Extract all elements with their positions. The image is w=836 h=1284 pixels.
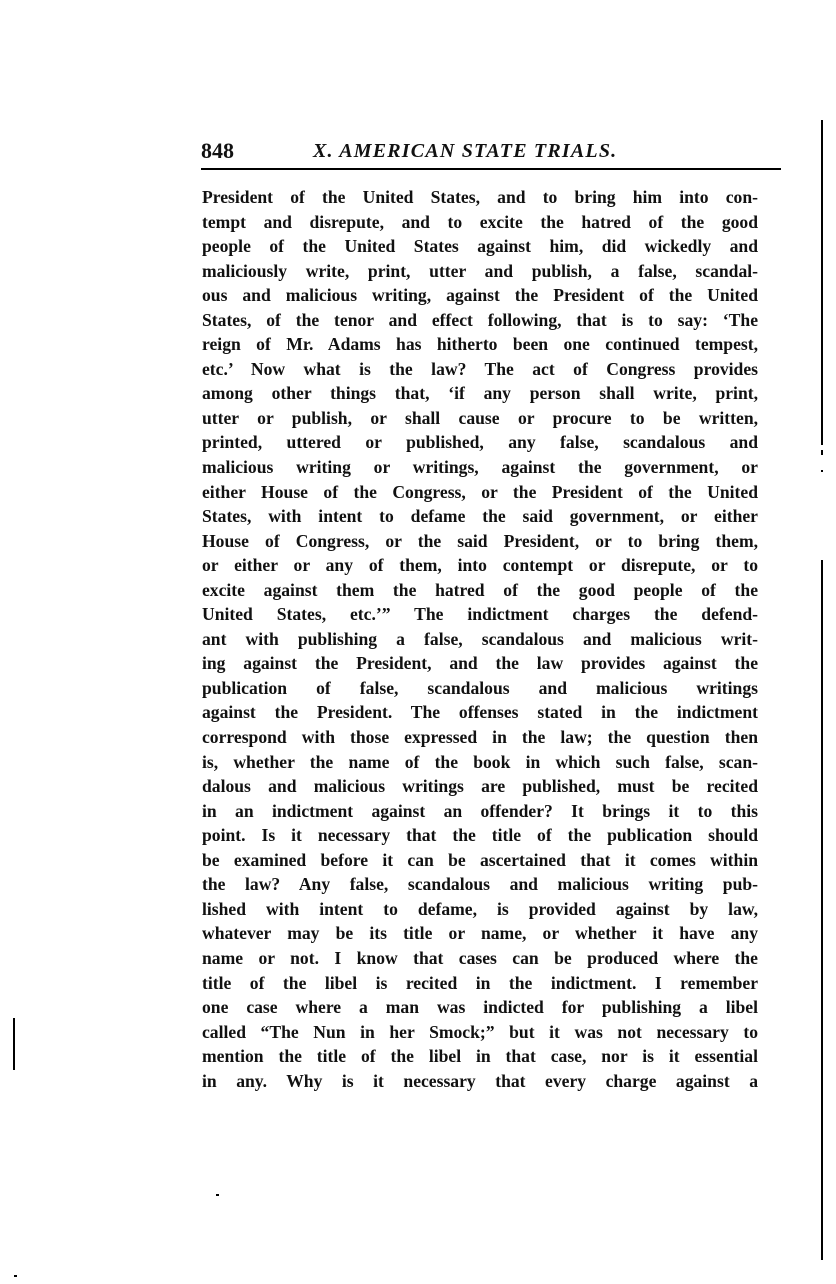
text-line: the law? Any false, scandalous and malic… bbox=[202, 872, 758, 897]
text-line: reign of Mr. Adams has hitherto been one… bbox=[202, 332, 758, 357]
text-line: is, whether the name of the book in whic… bbox=[202, 750, 758, 775]
text-line: malicious writing or writings, against t… bbox=[202, 455, 758, 480]
text-line: people of the United States against him,… bbox=[202, 234, 758, 259]
text-line: States, of the tenor and effect followin… bbox=[202, 308, 758, 333]
text-line: maliciously write, print, utter and publ… bbox=[202, 259, 758, 284]
text-line: in an indictment against an offender? It… bbox=[202, 799, 758, 824]
text-line: lished with intent to defame, is provide… bbox=[202, 897, 758, 922]
text-line: dalous and malicious writings are publis… bbox=[202, 774, 758, 799]
text-line: ing against the President, and the law p… bbox=[202, 651, 758, 676]
running-title: X. AMERICAN STATE TRIALS. bbox=[313, 136, 617, 166]
header-rule bbox=[201, 168, 781, 170]
text-line: whatever may be its title or name, or wh… bbox=[202, 921, 758, 946]
text-line: against the President. The offenses stat… bbox=[202, 700, 758, 725]
text-line: United States, etc.’” The indictment cha… bbox=[202, 602, 758, 627]
text-line: or either or any of them, into contempt … bbox=[202, 553, 758, 578]
scan-artifact-dot bbox=[14, 1275, 17, 1277]
text-line: name or not. I know that cases can be pr… bbox=[202, 946, 758, 971]
scan-edge-line bbox=[821, 120, 823, 1270]
text-line: title of the libel is recited in the ind… bbox=[202, 971, 758, 996]
text-line: printed, uttered or published, any false… bbox=[202, 430, 758, 455]
text-line: President of the United States, and to b… bbox=[202, 185, 758, 210]
text-line: correspond with those expressed in the l… bbox=[202, 725, 758, 750]
page-number: 848 bbox=[201, 136, 234, 166]
text-line: among other things that, ‘if any person … bbox=[202, 381, 758, 406]
text-line: House of Congress, or the said President… bbox=[202, 529, 758, 554]
running-head: 848 X. AMERICAN STATE TRIALS. bbox=[201, 136, 781, 166]
scanned-book-page: 848 X. AMERICAN STATE TRIALS. President … bbox=[0, 0, 836, 1284]
text-line: be examined before it can be ascertained… bbox=[202, 848, 758, 873]
text-line: one case where a man was indicted for pu… bbox=[202, 995, 758, 1020]
text-line: in any. Why is it necessary that every c… bbox=[202, 1069, 758, 1094]
text-line: called “The Nun in her Smock;” but it wa… bbox=[202, 1020, 758, 1045]
text-line: ant with publishing a false, scandalous … bbox=[202, 627, 758, 652]
scan-artifact-dot bbox=[216, 1194, 219, 1196]
text-line: utter or publish, or shall cause or proc… bbox=[202, 406, 758, 431]
text-line: ous and malicious writing, against the P… bbox=[202, 283, 758, 308]
text-line: publication of false, scandalous and mal… bbox=[202, 676, 758, 701]
body-text: President of the United States, and to b… bbox=[202, 185, 758, 1093]
text-line: States, with intent to defame the said g… bbox=[202, 504, 758, 529]
text-line: point. Is it necessary that the title of… bbox=[202, 823, 758, 848]
text-line: tempt and disrepute, and to excite the h… bbox=[202, 210, 758, 235]
text-line: etc.’ Now what is the law? The act of Co… bbox=[202, 357, 758, 382]
text-line: excite against them the hatred of the go… bbox=[202, 578, 758, 603]
scan-artifact-mark bbox=[13, 1018, 15, 1070]
text-line: either House of the Congress, or the Pre… bbox=[202, 480, 758, 505]
text-line: mention the title of the libel in that c… bbox=[202, 1044, 758, 1069]
